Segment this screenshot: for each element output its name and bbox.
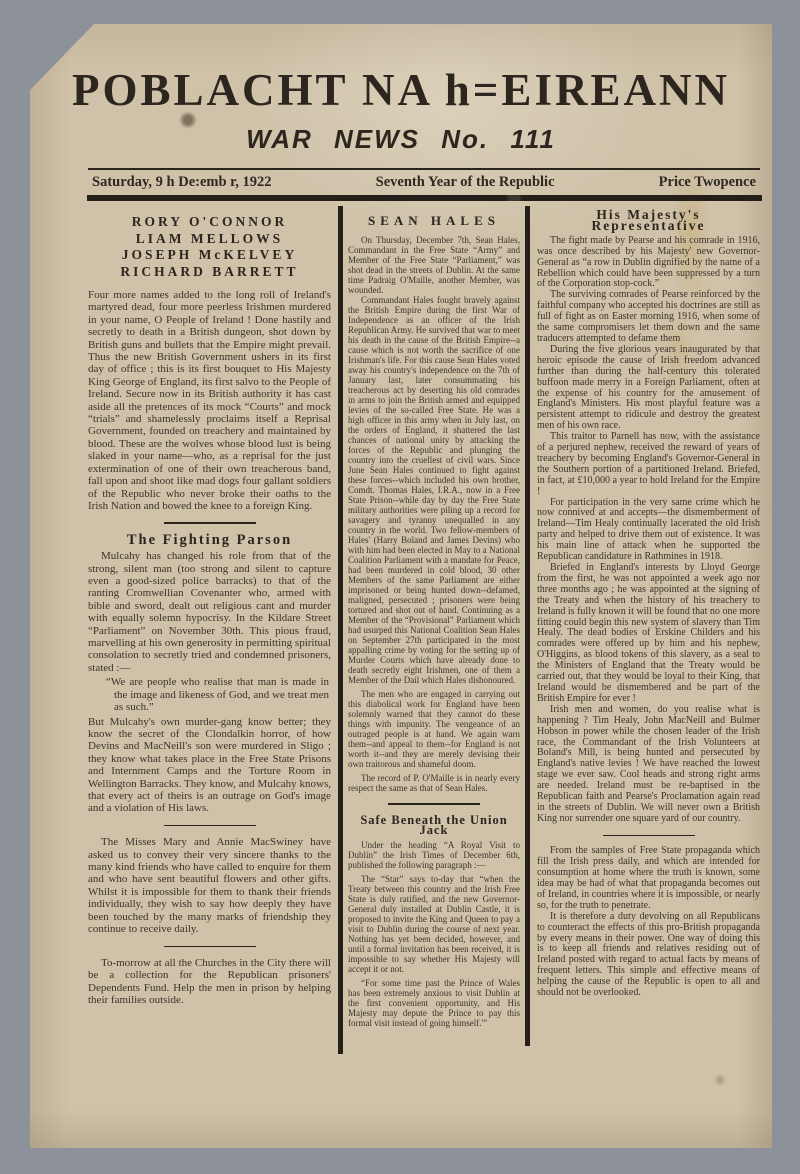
- headline-name: LIAM MELLOWS: [88, 231, 331, 248]
- header-rule: [87, 195, 762, 201]
- section-heading-sean-hales: SEAN HALES: [348, 216, 520, 226]
- article-columns: RORY O'CONNOR LIAM MELLOWS JOSEPH McKELV…: [88, 206, 760, 1136]
- photo-background: { "masthead": { "title": "POBLACHT NA h=…: [0, 0, 800, 1174]
- body-paragraph: The “Star” says to-day that “when the Tr…: [348, 874, 520, 974]
- column-sean-hales: SEAN HALES On Thursday, December 7th, Se…: [343, 206, 525, 1028]
- masthead: POBLACHT NA h=EIREANN WAR NEWS No. 111: [30, 24, 772, 155]
- dateline-edition: Seventh Year of the Republic: [376, 174, 555, 191]
- body-paragraph: The fight made by Pearse and his comrade…: [537, 236, 760, 291]
- section-divider: [164, 825, 256, 827]
- body-paragraph: Irish men and women, do you realise what…: [537, 705, 760, 825]
- masthead-title: POBLACHT NA h=EIREANN: [30, 68, 772, 113]
- headline-name: RORY O'CONNOR: [88, 214, 331, 231]
- headline-name: RICHARD BARRETT: [88, 264, 331, 281]
- body-paragraph: Under the heading “A Royal Visit to Dubl…: [348, 840, 520, 870]
- quote-block: “We are people who realise that man is m…: [114, 676, 329, 713]
- body-paragraph: The Misses Mary and Annie MacSwiney have…: [88, 836, 331, 935]
- headline-names: RORY O'CONNOR LIAM MELLOWS JOSEPH McKELV…: [88, 214, 331, 280]
- section-heading-representative: His Majesty's Representative: [537, 210, 760, 232]
- section-divider: [164, 522, 256, 524]
- body-paragraph: On Thursday, December 7th, Sean Hales, C…: [348, 235, 520, 295]
- body-paragraph: The record of P. O'Maille is in nearly e…: [348, 773, 520, 793]
- section-divider: [388, 803, 480, 805]
- body-paragraph: Briefed in England's interests by Lloyd …: [537, 563, 760, 705]
- body-paragraph: This traitor to Parnell has now, with th…: [537, 432, 760, 497]
- body-paragraph: The surviving comrades of Pearse reinfor…: [537, 290, 760, 345]
- body-paragraph: From the samples of Free State propagand…: [537, 846, 760, 911]
- section-heading-union-jack: Safe Beneath the Union Jack: [348, 815, 520, 835]
- body-paragraph: It is therefore a duty devolving on all …: [537, 912, 760, 999]
- dateline-price: Price Twopence: [659, 174, 756, 191]
- body-paragraph: During the five glorious years inaugurat…: [537, 345, 760, 432]
- body-paragraph: Four more names added to the long roll o…: [88, 289, 331, 512]
- section-heading-fighting-parson: The Fighting Parson: [88, 534, 331, 546]
- body-paragraph: “For some time past the Prince of Wales …: [348, 978, 520, 1028]
- column-his-majestys-representative: His Majesty's Representative The fight m…: [530, 206, 760, 999]
- column-executions: RORY O'CONNOR LIAM MELLOWS JOSEPH McKELV…: [88, 206, 338, 1007]
- dateline-date: Saturday, 9 h De:emb r, 1922: [92, 174, 272, 191]
- body-paragraph: Commandant Hales fought bravely against …: [348, 295, 520, 685]
- section-divider: [603, 835, 695, 837]
- body-paragraph: But Mulcahy's own murder-gang know bette…: [88, 716, 331, 815]
- masthead-subtitle: WAR NEWS No. 111: [30, 124, 772, 155]
- body-paragraph: The men who are engaged in carrying out …: [348, 689, 520, 769]
- newspaper-page: POBLACHT NA h=EIREANN WAR NEWS No. 111 S…: [30, 24, 772, 1148]
- section-divider: [164, 946, 256, 948]
- body-paragraph: Mulcahy has changed his role from that o…: [88, 550, 331, 674]
- body-paragraph: To-morrow at all the Churches in the Cit…: [88, 957, 331, 1007]
- dateline: Saturday, 9 h De:emb r, 1922 Seventh Yea…: [88, 168, 760, 194]
- body-paragraph: For participation in the very same crime…: [537, 498, 760, 563]
- headline-name: JOSEPH McKELVEY: [88, 247, 331, 264]
